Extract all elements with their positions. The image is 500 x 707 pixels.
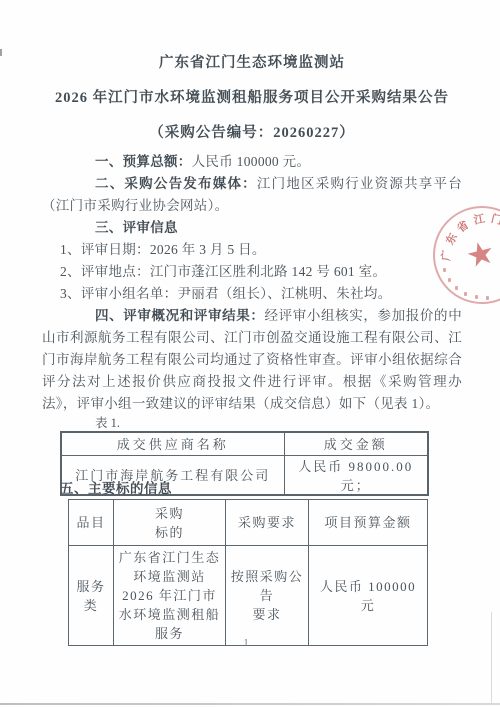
result-text: 经评审小组核实，参加报价的中山市利源航务工程有限公司、江门市创盈交通设施工程有限… (42, 308, 462, 411)
paragraph-result: 四、评审概况和评审结果：经评审小组核实，参加报价的中山市利源航务工程有限公司、江… (42, 305, 462, 415)
seal-star-icon: ★ (463, 235, 499, 273)
procurement-subject-cell: 广东省江门生态环境监测站 2026 年江门市水环境监测租船服务 (114, 546, 226, 646)
budget-value: 人民币 100000 元。 (192, 154, 311, 169)
table1-caption: 表 1. (95, 415, 120, 431)
page-number: 1 (236, 638, 256, 649)
paragraph-budget: 一、预算总额：人民币 100000 元。 (42, 151, 462, 173)
paragraph-media: 二、采购公告发布媒体：江门地区采购行业资源共享平台（江门市采购行业协会网站）。 (42, 173, 462, 217)
heading-subject-info: 五、主要标的信息 (60, 479, 172, 499)
project-budget-cell: 人民币 100000 元 (309, 546, 428, 646)
award-amount-header: 成交金额 (284, 432, 428, 455)
budget-label: 一、预算总额： (95, 154, 192, 169)
org-title: 广东省江门生态环境监测站 (42, 46, 462, 81)
table-row: 服务 类 广东省江门生态环境监测站 2026 年江门市水环境监测租船服务 按照采… (69, 546, 428, 646)
scan-speck (0, 49, 2, 56)
project-budget-header: 项目预算金额 (309, 500, 428, 546)
media-label: 二、采购公告发布媒体： (95, 176, 257, 191)
seal-dot (475, 295, 478, 299)
procurement-requirement-header: 采购要求 (226, 500, 309, 546)
review-place-item: 2、评审地点：江门市蓬江区胜利北路 142 号 601 室。 (42, 261, 462, 283)
seal-dot (464, 292, 467, 296)
notice-number: （采购公告编号：20260227） (42, 116, 462, 151)
result-label: 四、评审概况和评审结果： (95, 308, 265, 323)
scan-bottom-edge (0, 703, 500, 705)
title-block: 广东省江门生态环境监测站 2026 年江门市水环境监测租船服务项目公开采购结果公… (42, 0, 462, 151)
review-date-item: 1、评审日期：2026 年 3 月 5 日。 (42, 239, 462, 261)
procurement-subject-header: 采购 标的 (114, 500, 226, 546)
review-panel-item: 3、评审小组名单：尹丽君（组长）、江桃明、朱社均。 (42, 283, 462, 305)
award-amount-cell: 人民币 98000.00 元； (284, 455, 428, 495)
seal-arc-char: 门 (490, 214, 500, 227)
subject-table: 品目 采购 标的 采购要求 项目预算金额 服务 类 广东省江门生态环境监测站 2… (68, 499, 428, 646)
item-category-cell: 服务 类 (69, 546, 114, 646)
award-supplier-header: 成交供应商名称 (61, 432, 284, 455)
document-content: 广东省江门生态环境监测站 2026 年江门市水环境监测租船服务项目公开采购结果公… (42, 0, 462, 415)
item-category-header: 品目 (69, 500, 114, 546)
seal-arc-char: 江 (473, 214, 486, 227)
procurement-requirement-cell: 按照采购公告 要求 (226, 546, 309, 646)
heading-review-info: 三、评审信息 (42, 217, 462, 239)
seal-dot (486, 296, 489, 300)
scan-right-edge (491, 612, 492, 704)
announcement-title: 2026 年江门市水环境监测租船服务项目公开采购结果公告 (42, 81, 462, 116)
award-table-header-row: 成交供应商名称 成交金额 (61, 432, 428, 455)
subject-table-header-row: 品目 采购 标的 采购要求 项目预算金额 (69, 500, 428, 546)
document-page: 广东省江门生态环境监测站 2026 年江门市水环境监测租船服务项目公开采购结果公… (0, 0, 500, 707)
